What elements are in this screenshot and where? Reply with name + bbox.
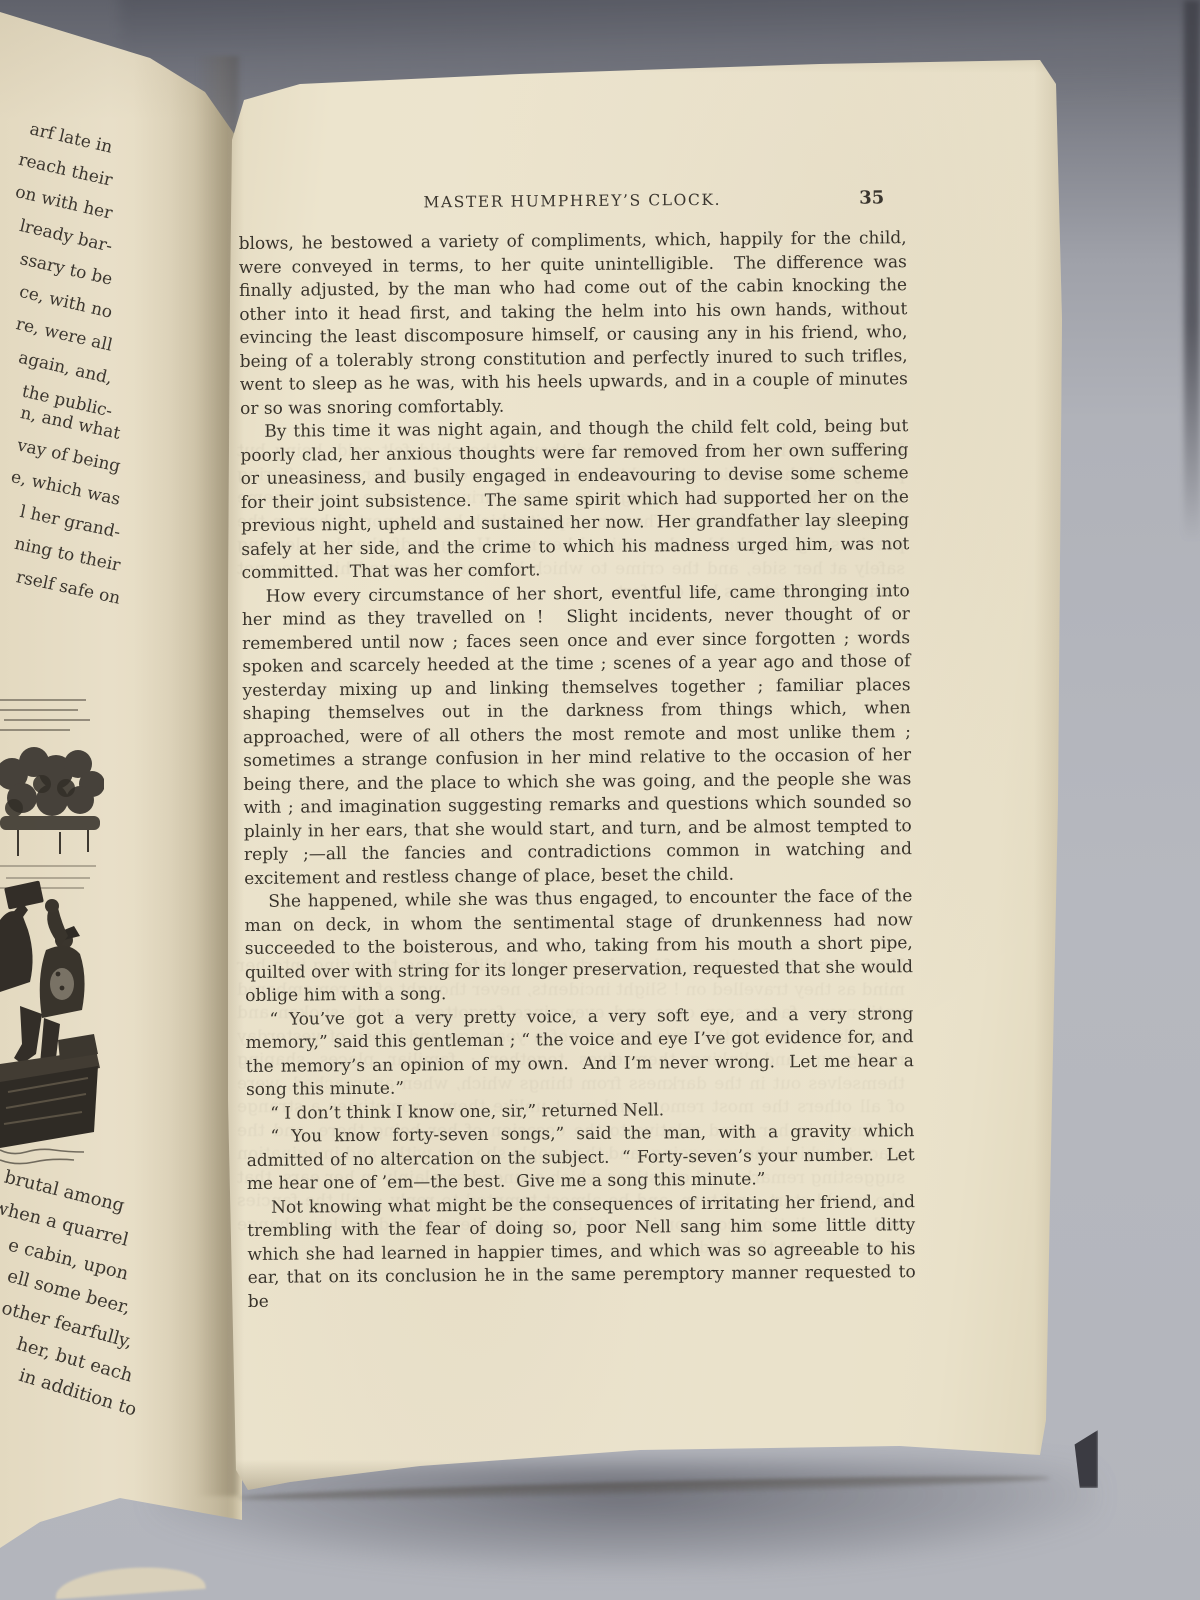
paragraph: “ You know forty-seven songs,” said the …: [246, 1120, 915, 1196]
left-page-text-fragment: brutal among: [0, 1155, 127, 1217]
page-header: MASTER HUMPHREY’S CLOCK. 35: [238, 189, 906, 225]
left-page-text-fragment: e, which was: [0, 455, 122, 509]
left-page-text-fragment: n, and what: [0, 389, 122, 443]
left-page-text-fragment: rself safe on: [0, 554, 122, 608]
left-page-text-fragment: the public-: [0, 366, 114, 421]
left-page-text-fragment: lready bar-: [0, 201, 114, 256]
paragraph: Not knowing what might be the consequenc…: [247, 1191, 916, 1314]
left-page-text-fragment: other fearfully,: [0, 1286, 135, 1353]
paragraph: How every circumstance of her short, eve…: [242, 580, 913, 891]
left-page-text-fragment: again, and,: [0, 333, 114, 388]
left-page-text-fragment: arf late in: [0, 102, 114, 157]
left-page-text-fragment: ning to their: [0, 521, 122, 575]
left-page-text-fragment: ell some beer,: [0, 1252, 133, 1318]
left-page-text-fragment: when a quarrel: [0, 1188, 131, 1251]
paragraph: “ I don’t think I know one, sir,” return…: [246, 1097, 914, 1126]
left-page-text-fragment: re, were all: [0, 300, 114, 355]
paragraph: By this time it was night again, and tho…: [240, 415, 909, 585]
left-page-text-fragment: in addition to: [0, 1347, 139, 1421]
left-page-text-fragment: on with her: [0, 168, 114, 223]
paragraph: She happened, while she was thus engaged…: [244, 885, 913, 1008]
page-number: 35: [859, 187, 884, 208]
left-page-text-fragment: l her grand-: [0, 488, 122, 542]
left-page-text-fragment: ssary to be: [0, 234, 114, 289]
left-page-text-fragment: ce, with no: [0, 267, 114, 322]
right-page: By this time it was night again, and tho…: [218, 55, 1068, 1500]
left-page-text-fragment: e cabin, upon: [0, 1222, 131, 1285]
backdrop-right-edge-shadow: [1184, 0, 1200, 540]
book-photo: arf late in reach their on with her lrea…: [0, 0, 1200, 1600]
woodcut-illustration: [0, 688, 104, 1168]
paragraph: “ You’ve got a very pretty voice, a very…: [245, 1003, 914, 1103]
paragraph: blows, he bestowed a variety of complime…: [239, 227, 909, 421]
left-page-text-fragment: reach their: [0, 135, 114, 190]
running-title: MASTER HUMPHREY’S CLOCK.: [238, 189, 906, 213]
body-text: blows, he bestowed a variety of complime…: [239, 227, 916, 1314]
left-page-text-fragment: her, but each: [0, 1317, 135, 1387]
verso-show-through: By this time it was night again, and tho…: [237, 440, 905, 605]
left-page-text-fragment: vay of being: [0, 422, 122, 476]
verso-show-through: How every circumstance of her short, eve…: [237, 955, 905, 1261]
